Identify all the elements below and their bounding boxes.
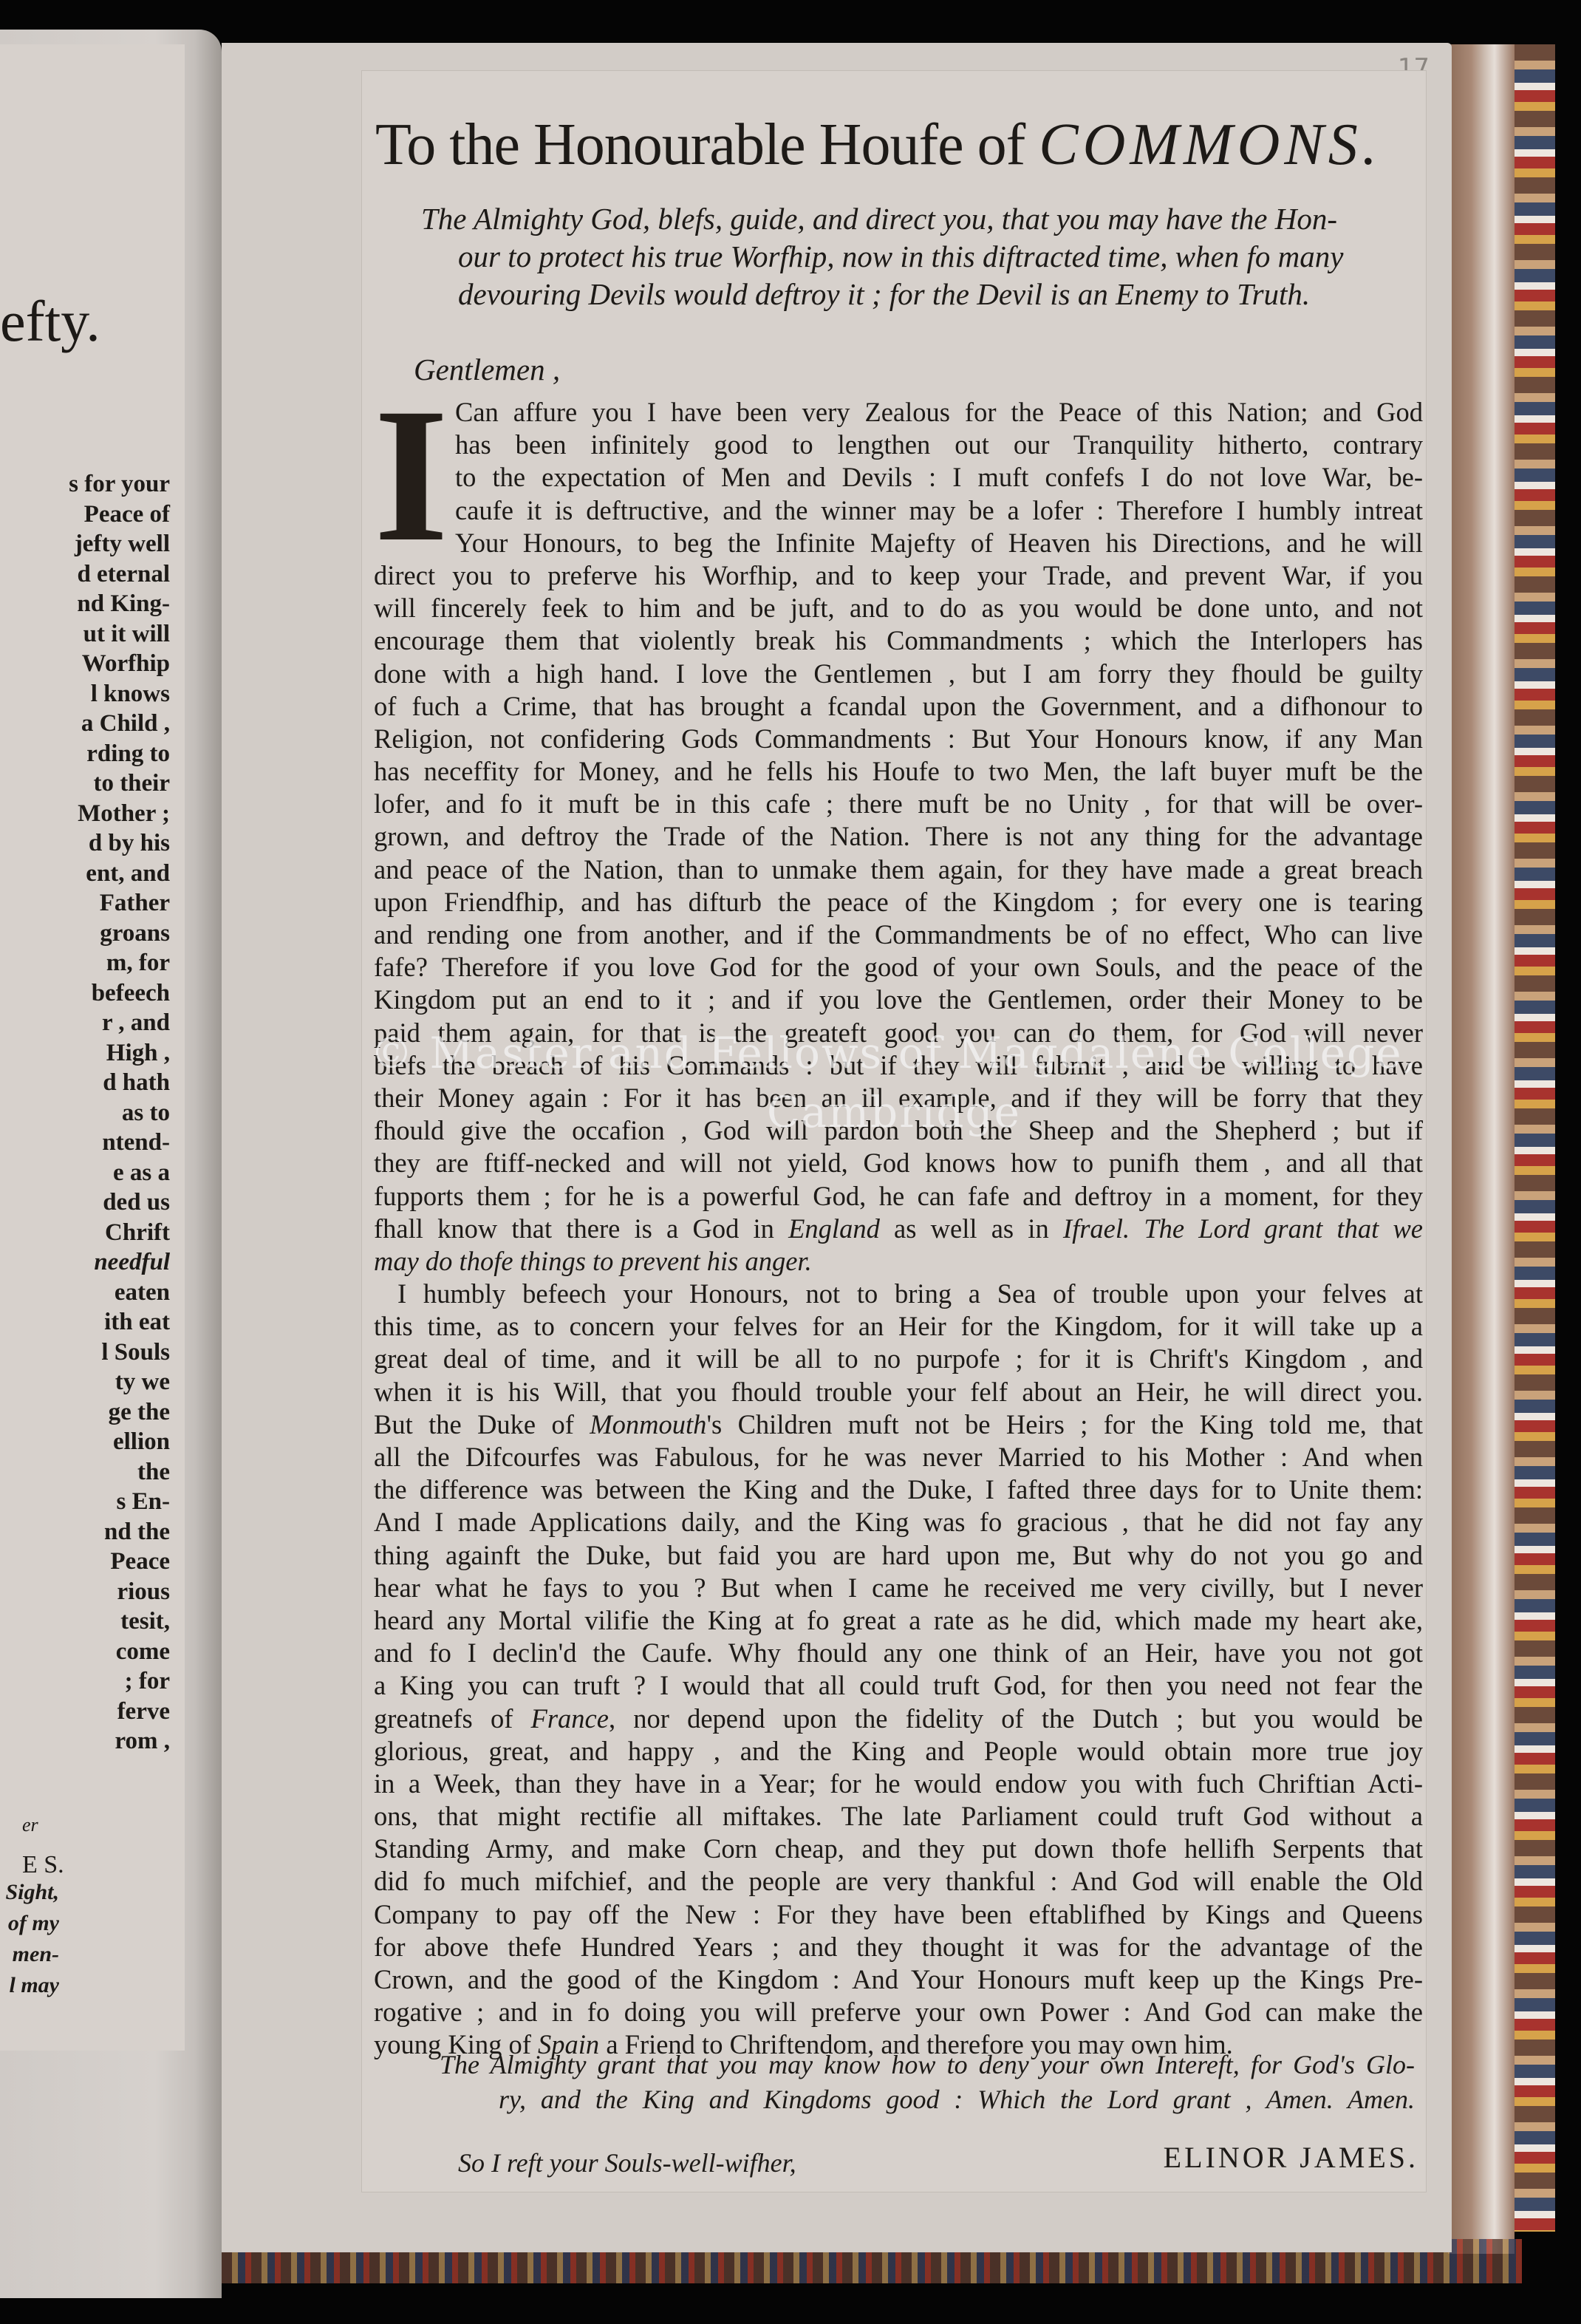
left-line-fragment: d eternal [69,559,170,590]
text-line: their Money again : For it has been an i… [374,1082,1423,1114]
left-line-fragment: groans [69,919,170,949]
text-line: in a Week, than they have in a Year; for… [374,1768,1423,1800]
text-line: Your Honours, to beg the Infinite Majeft… [374,527,1423,559]
text-line: of fuch a Crime, that has brought a fcan… [374,690,1423,723]
text-line: Crown, and the good of the Kingdom : And… [374,1963,1423,1996]
author-signature: ELINOR JAMES. [1164,2140,1418,2175]
text-line: done with a high hand. I love the Gentle… [374,658,1423,690]
left-line-fragment: ellion [69,1427,170,1457]
text-line: did fo much mifchief, and the people are… [374,1865,1423,1898]
text-line: fafe? Therefore if you love God for the … [374,951,1423,984]
text-line: direct you to preferve his Worfhip, and … [374,559,1423,592]
left-line-fragment: l knows [69,679,170,709]
left-line-fragment: Mother ; [69,799,170,829]
left-line-fragment: e as a [69,1158,170,1188]
text-line: encourage them that violently break his … [374,624,1423,657]
page-stack-edge [1448,44,1515,2254]
text-line: the difference was between the King and … [374,1473,1423,1506]
left-line-fragment: needful [69,1247,170,1278]
text-line: greatnefs of France, nor depend upon the… [374,1703,1423,1735]
text-line: Religion, not confidering Gods Commandme… [374,723,1423,755]
left-line-fragment: s for your [69,469,170,500]
left-line-fragment: jefty well [69,529,170,559]
text-line: may do thofe things to prevent his anger… [374,1245,1423,1278]
left-line-fragment: Peace of [69,500,170,530]
text-line: hear what he fays to you ? But when I ca… [374,1572,1423,1604]
opening-blessing: The Almighty God, blefs, guide, and dire… [421,200,1418,313]
closing-prayer: The Almighty grant that you may know how… [440,2048,1415,2117]
left-line-fragment: ent, and [69,859,170,889]
text-line: Can affure you I have been very Zealous … [374,396,1423,429]
text-line: fhould give the occafion , God will pard… [374,1114,1423,1147]
text-line: lofer, and fo it muft be in this cafe ; … [374,788,1423,820]
text-line: But the Duke of Monmouth's Children muft… [374,1408,1423,1441]
left-line-fragment: come [69,1637,170,1667]
text-line: and rending one from another, and if the… [374,919,1423,951]
left-italic-fragment: of my [0,1908,59,1939]
text-line: paid them again, for that is the greatef… [374,1017,1423,1049]
text-line: And I made Applications daily, and the K… [374,1506,1423,1538]
left-line-fragment: the [69,1457,170,1488]
left-line-fragment: d by his [69,828,170,859]
left-line-fragment: Father [69,888,170,919]
text-line: rogative ; and in fo doing you will pref… [374,1996,1423,2028]
left-italic-fragment: l may [0,1970,59,2001]
signoff: So I reft your Souls-well-wifher, [458,2147,796,2178]
left-line-fragment: r , and [69,1008,170,1038]
left-italic-fragment: men- [0,1939,59,1970]
broadside-sheet: To the Honourable Houfe of COMMONS. The … [362,71,1426,2192]
left-line-fragment: a Child , [69,709,170,739]
text-line: Company to pay off the New : For they ha… [374,1898,1423,1931]
left-line-fragment: ge the [69,1397,170,1428]
text-line: ons, that might rectifie all miftakes. T… [374,1800,1423,1833]
left-line-fragment: Worfhip [69,649,170,679]
text-line: fhall know that there is a God in Englan… [374,1213,1423,1245]
left-line-fragment: ntend- [69,1128,170,1158]
left-line-fragment: d hath [69,1068,170,1098]
text-line: caufe it is deftructive, and the winner … [374,494,1423,527]
text-line: blefs the breach of his Commands : but i… [374,1049,1423,1082]
left-line-fragment: ith eat [69,1307,170,1338]
left-line-fragment: ; for [69,1666,170,1697]
left-line-fragment: High , [69,1038,170,1069]
left-line-fragment: ferve [69,1697,170,1727]
left-line-fragment: to their [69,769,170,799]
left-line-fragment: Peace [69,1547,170,1577]
left-line-fragment: befeech [69,978,170,1009]
text-line: glorious, great, and happy , and the Kin… [374,1735,1423,1768]
marbled-book-edge [1515,44,1555,2232]
text-line: has been infinitely good to lengthen out… [374,429,1423,461]
left-line-fragment: Chrift [69,1218,170,1248]
text-line: Standing Army, and make Corn cheap, and … [374,1833,1423,1865]
left-line-fragment: rious [69,1577,170,1607]
text-line: this time, as to concern your felves for… [374,1310,1423,1343]
left-page-signature-fragment: er E S. [22,1814,64,1879]
left-line-fragment: rding to [69,739,170,769]
text-line: I humbly befeech your Honours, not to br… [374,1278,1423,1310]
left-line-fragment: ut it will [69,619,170,650]
text-line: to the expectation of Men and Devils : I… [374,461,1423,494]
text-line: they are ftiff-necked and will not yield… [374,1147,1423,1179]
left-line-fragment: m, for [69,948,170,978]
text-line: fupports them ; for he is a powerful God… [374,1180,1423,1213]
drop-cap: I [374,398,448,553]
text-line: has neceffity for Money, and he fells hi… [374,755,1423,788]
left-line-fragment: nd King- [69,589,170,619]
text-line: heard any Mortal vilifie the King at fo … [374,1604,1423,1637]
left-line-fragment: ty we [69,1367,170,1397]
left-line-fragment: as to [69,1098,170,1128]
left-line-fragment: ded us [69,1187,170,1218]
text-line: all the Difcourfes was Fabulous, for he … [374,1441,1423,1473]
left-line-fragment: eaten [69,1278,170,1308]
text-line: and fo I declin'd the Caufe. Why fhould … [374,1637,1423,1669]
text-line: will fincerely feek to him and be juft, … [374,592,1423,624]
text-line: and peace of the Nation, than to unmake … [374,853,1423,886]
text-line: Kingdom put an end to it ; and if you lo… [374,984,1423,1016]
page-title: To the Honourable Houfe of COMMONS. [375,112,1417,179]
text-line: grown, and deftroy the Trade of the Nati… [374,820,1423,853]
left-page-heading-fragment: efty. [0,288,100,355]
left-page-italic-fragments: Sight,of mymen-l may [0,1877,59,2001]
text-line: thing againft the Duke, but faid you are… [374,1539,1423,1572]
left-line-fragment: nd the [69,1517,170,1547]
text-line: for above thefe Hundred Years ; and they… [374,1931,1423,1963]
left-page-text-fragments: s for yourPeace ofjefty welld eternalnd … [69,469,170,1756]
left-line-fragment: s En- [69,1487,170,1517]
left-line-fragment: l Souls [69,1338,170,1368]
left-page-pasted-sheet: efty. s for yourPeace ofjefty welld eter… [0,44,185,2051]
text-line: when it is his Will, that you fhould tro… [374,1376,1423,1408]
letter-body: I Can affure you I have been very Zealou… [374,396,1423,2062]
text-line: a King you can truft ? I would that all … [374,1669,1423,1702]
text-line: upon Friendfhip, and has difturb the pea… [374,886,1423,919]
right-page: 17 To the Honourable Houfe of COMMONS. T… [222,43,1452,2252]
text-line: great deal of time, and it will be all t… [374,1343,1423,1375]
left-line-fragment: rom , [69,1726,170,1756]
left-line-fragment: tesit, [69,1606,170,1637]
left-italic-fragment: Sight, [0,1877,59,1908]
